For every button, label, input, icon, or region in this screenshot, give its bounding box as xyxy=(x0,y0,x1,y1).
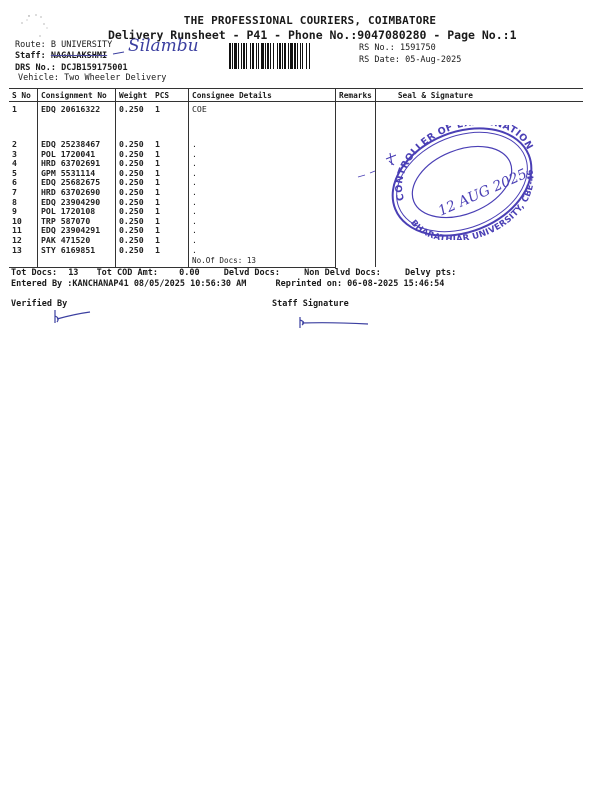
vehicle-value: Two Wheeler Delivery xyxy=(64,73,166,83)
staff-signature-label: Staff Signature xyxy=(272,299,349,309)
header-consignee-details: Consignee Details xyxy=(189,89,336,102)
cell-empty xyxy=(9,255,38,267)
vehicle-label: Vehicle: xyxy=(18,73,59,83)
handwritten-dash xyxy=(112,50,126,56)
tot-docs-label: Tot Docs: xyxy=(11,268,57,278)
verified-by-signature xyxy=(50,308,100,328)
delvd-docs-label: Delvd Docs: xyxy=(224,268,280,278)
header-consignment: Consignment No xyxy=(38,89,116,102)
rs-no-label: RS No.: xyxy=(359,43,395,53)
entry-line: Entered By :KANCHANAP41 08/05/2025 10:56… xyxy=(11,279,444,289)
header-remarks: Remarks xyxy=(336,89,376,102)
delvy-pts-label: Delvy pts: xyxy=(405,268,456,278)
cell-empty xyxy=(152,255,189,267)
cell-details: COE xyxy=(189,102,336,141)
rs-date-value: 05-Aug-2025 xyxy=(405,55,461,65)
route-label: Route: xyxy=(15,40,46,50)
cell-details: . xyxy=(189,236,336,246)
cell-details: . xyxy=(189,226,336,236)
header-seal-signature: Seal & Signature xyxy=(375,89,583,102)
vehicle-line: Vehicle: Two Wheeler Delivery xyxy=(18,73,166,83)
route-value: B UNIVERSITY xyxy=(51,40,112,50)
handwritten-initials xyxy=(356,145,396,185)
header-pcs: PCS xyxy=(152,89,189,102)
staff-signature-mark xyxy=(296,314,376,330)
company-title: THE PROFESSIONAL COURIERS, COIMBATORE xyxy=(0,14,600,27)
cell-sno: 1 xyxy=(9,102,38,141)
handwritten-signature: Silambu xyxy=(128,36,199,56)
non-delvd-docs-label: Non Delvd Docs: xyxy=(304,268,381,278)
staff-value: NAGALAKSHMI xyxy=(51,51,107,61)
header-weight: Weight xyxy=(116,89,153,102)
cell-empty xyxy=(116,255,153,267)
rs-no-value: 1591750 xyxy=(400,43,436,53)
cell-empty xyxy=(38,255,116,267)
cell-consignment: STY 6169851 xyxy=(38,246,116,256)
tot-docs-value: 13 xyxy=(68,268,78,278)
staff-label: Staff: xyxy=(15,51,46,61)
tot-cod-value: 0.00 xyxy=(179,268,199,278)
cell-details: . xyxy=(189,246,336,256)
cell-details: . xyxy=(189,169,336,179)
tot-cod-label: Tot COD Amt: xyxy=(97,268,158,278)
cell-weight: 0.250 xyxy=(116,102,153,141)
rs-date-label: RS Date: xyxy=(359,55,400,65)
reprinted-on: Reprinted on: 06-08-2025 15:46:54 xyxy=(276,279,445,289)
cell-sno: 13 xyxy=(9,246,38,256)
cell-details: . xyxy=(189,150,336,160)
rs-no-line: RS No.: 1591750 xyxy=(359,43,436,53)
header-seal-label: Seal & Signature xyxy=(398,91,473,100)
drs-value: DCJB159175001 xyxy=(61,63,128,73)
barcode xyxy=(229,43,345,69)
totals-line: Tot Docs: 13 Tot COD Amt: 0.00 Delvd Doc… xyxy=(11,268,456,278)
cell-details: . xyxy=(189,159,336,169)
drs-line: DRS No.: DCJB159175001 xyxy=(15,63,128,73)
cell-details: . xyxy=(189,178,336,188)
cell-details: . xyxy=(189,140,336,150)
staff-line: Staff: NAGALAKSHMI xyxy=(15,51,107,61)
rs-date-line: RS Date: 05-Aug-2025 xyxy=(359,55,461,65)
drs-label: DRS No.: xyxy=(15,63,56,73)
cell-details: . xyxy=(189,207,336,217)
cell-details: . xyxy=(189,188,336,198)
cell-details: . xyxy=(189,217,336,227)
route-line: Route: B UNIVERSITY xyxy=(15,40,112,50)
table-header-row: S No Consignment No Weight PCS Consignee… xyxy=(9,89,583,102)
cell-pcs: 1 xyxy=(152,102,189,141)
university-seal-stamp: CONTROLLER OF EXAMINATIONS BHARATHIAR UN… xyxy=(386,125,538,240)
no-of-docs: No.Of Docs: 13 xyxy=(189,255,336,267)
cell-weight: 0.250 xyxy=(116,246,153,256)
entered-by: Entered By :KANCHANAP41 08/05/2025 10:56… xyxy=(11,279,246,289)
cell-consignment: EDQ 20616322 xyxy=(38,102,116,141)
cell-pcs: 1 xyxy=(152,246,189,256)
header-sno: S No xyxy=(9,89,38,102)
cell-details: . xyxy=(189,198,336,208)
